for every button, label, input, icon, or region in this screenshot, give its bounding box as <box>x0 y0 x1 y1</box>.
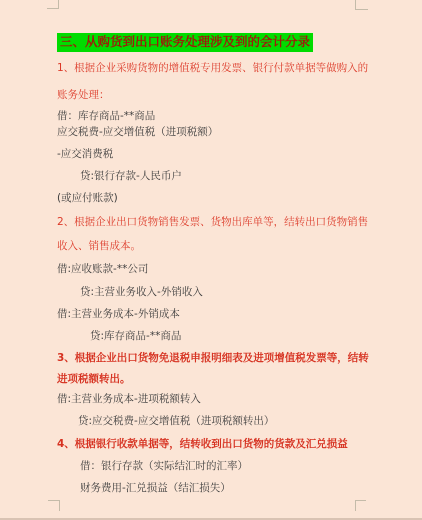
entry-finance-expense-exchange-loss: 财务费用-汇兑损益（结汇损失） <box>80 481 231 495</box>
entry-consumption-tax: -应交消费税 <box>57 147 113 161</box>
entry-debit-inventory: 借：库存商品-**商品 <box>57 109 155 123</box>
entry-accounts-payable-alt: (或应付账款) <box>57 191 118 205</box>
entry-tax-vat-input: 应交税费-应交增值税（进项税额） <box>57 125 218 139</box>
margin-mark-top-left <box>47 0 59 9</box>
entry-debit-cost-vat-transfer-in: 借:主营业务成本-进项税额转入 <box>57 392 201 406</box>
entry-debit-bank-deposit-settlement: 借：银行存款（实际结汇时的汇率） <box>80 459 248 473</box>
entry-credit-bank-deposit: 贷:银行存款-人民币户 <box>80 169 182 183</box>
item-4-heading: 4、根据银行收款单据等，结转收到出口货物的货款及汇兑损益 <box>57 437 348 451</box>
entry-debit-main-cost: 借:主营业务成本-外销成本 <box>57 307 180 321</box>
entry-debit-accounts-receivable: 借:应收账款-**公司 <box>57 262 148 276</box>
item-3-heading-line-1: 3、根据企业出口货物免退税申报明细表及进项增值税发票等，结转 <box>57 351 369 365</box>
section-title: 三、从购货到出口账务处理涉及到的会计分录 <box>57 33 313 52</box>
margin-mark-bottom-right <box>355 500 366 511</box>
item-3-heading-line-2: 进项税额转出。 <box>57 372 131 386</box>
entry-credit-main-revenue: 贷:主营业务收入-外销收入 <box>80 285 203 299</box>
entry-credit-inventory: 贷:库存商品-**商品 <box>90 329 181 343</box>
item-1-heading-line-2: 账务处理： <box>57 88 110 102</box>
item-2-heading-line-2: 收入、销售成本。 <box>57 239 141 253</box>
word-document-page: 三、从购货到出口账务处理涉及到的会计分录 1、根据企业采购货物的增值税专用发票、… <box>0 0 422 520</box>
margin-mark-bottom-left <box>48 500 60 511</box>
item-2-heading-line-1: 2、根据企业出口货物销售发票、货物出库单等，结转出口货物销售 <box>57 215 368 229</box>
entry-credit-tax-vat-transfer-out: 贷:应交税费-应交增值税（进项税额转出） <box>78 414 274 428</box>
item-1-heading-line-1: 1、根据企业采购货物的增值税专用发票、银行付款单据等做购入的 <box>57 61 368 75</box>
margin-mark-top-right <box>355 0 368 10</box>
